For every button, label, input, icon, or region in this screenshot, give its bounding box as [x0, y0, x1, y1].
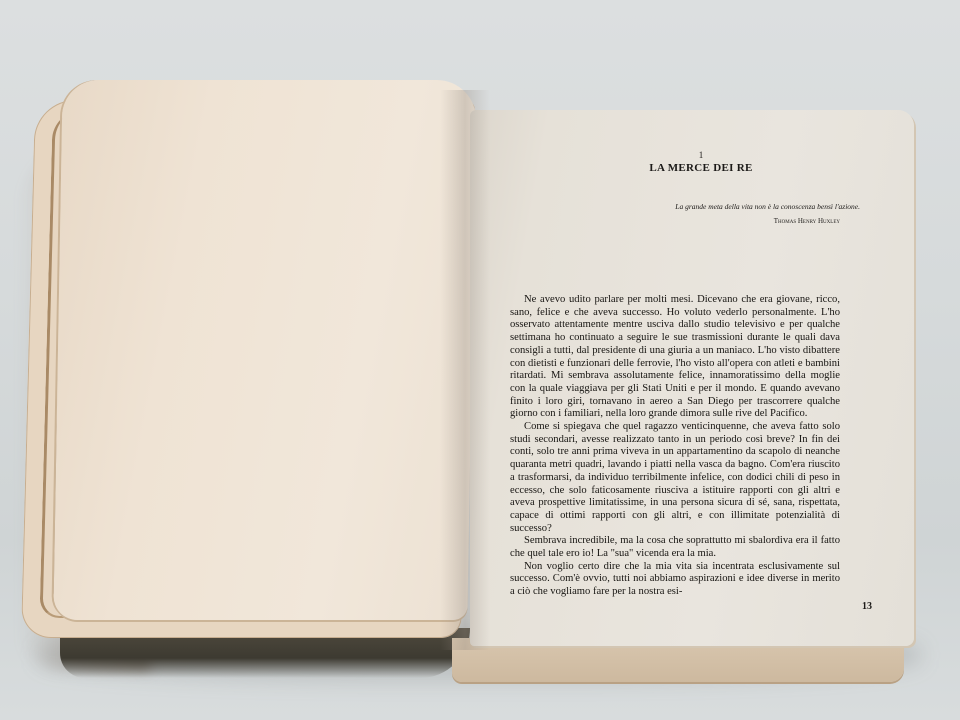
chapter-number: 1: [542, 150, 860, 160]
page-number: 13: [862, 601, 872, 612]
left-page-blank: [53, 80, 476, 620]
paragraph: Sembrava incredibile, ma la cosa che sop…: [510, 535, 840, 560]
chapter-title: LA MERCE DEI RE: [542, 162, 860, 174]
body-text: Ne avevo udito parlare per molti mesi. D…: [510, 294, 840, 599]
chapter-heading: 1 LA MERCE DEI RE La grande meta della v…: [520, 150, 860, 225]
book-gutter: [440, 90, 490, 650]
paragraph: Come si spiegava che quel ragazzo ventic…: [510, 421, 840, 535]
paragraph: Non voglio certo dire che la mia vita si…: [510, 561, 840, 599]
epigraph-author: Thomas Henry Huxley: [520, 217, 840, 225]
epigraph: La grande meta della vita non è la conos…: [520, 202, 860, 211]
right-page: 1 LA MERCE DEI RE La grande meta della v…: [470, 110, 914, 646]
paragraph: Ne avevo udito parlare per molti mesi. D…: [510, 294, 840, 421]
